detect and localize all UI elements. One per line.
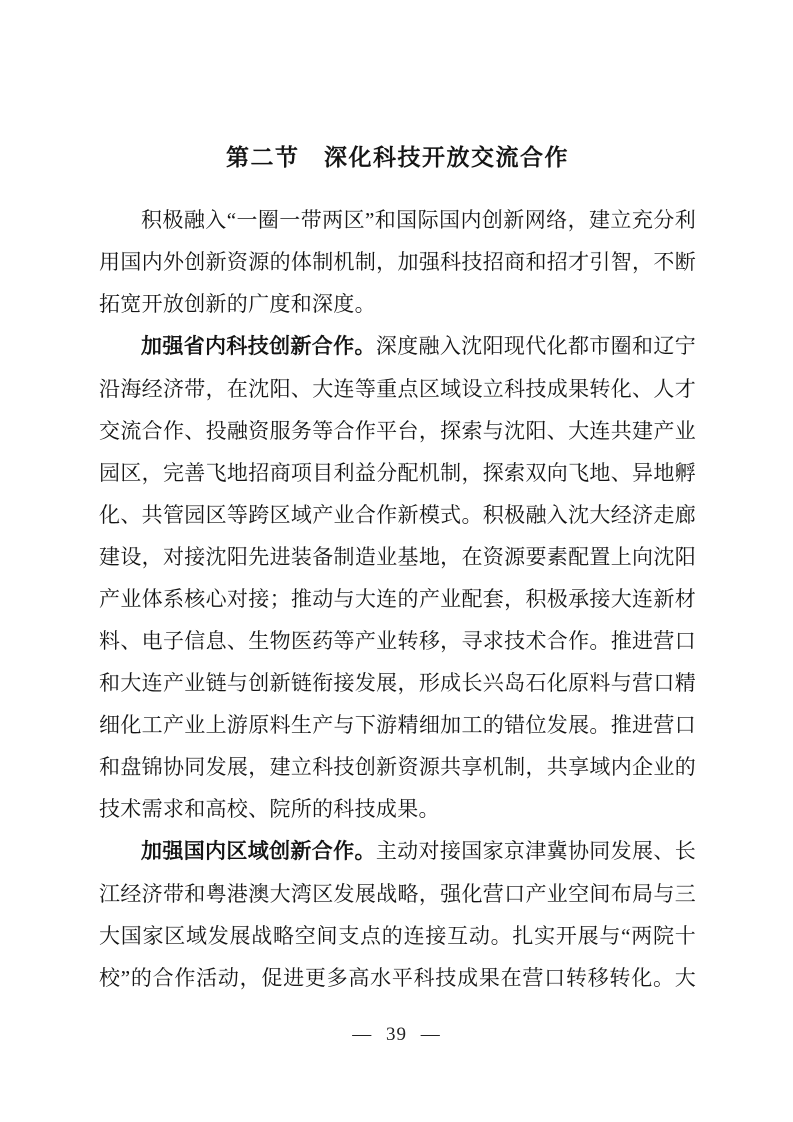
paragraph-intro-text: 积极融入“一圈一带两区”和国际国内创新网络，建立充分利用国内外创新资源的体制机制… — [99, 208, 696, 316]
paragraph-province-cooperation: 加强省内科技创新合作。深度融入沈阳现代化都市圈和辽宁沿海经济带，在沈阳、大连等重… — [99, 325, 696, 830]
page-content: 第二节 深化科技开放交流合作 积极融入“一圈一带两区”和国际国内创新网络，建立充… — [99, 141, 696, 999]
paragraph-domestic-lead: 加强国内区域创新合作。 — [141, 840, 376, 863]
document-page: 第二节 深化科技开放交流合作 积极融入“一圈一带两区”和国际国内创新网络，建立充… — [0, 0, 793, 1122]
paragraph-province-text: 深度融入沈阳现代化都市圈和辽宁沿海经济带，在沈阳、大连等重点区域设立科技成果转化… — [99, 334, 696, 821]
paragraph-province-lead: 加强省内科技创新合作。 — [141, 335, 376, 358]
page-footer: — 39 — — [0, 1022, 793, 1048]
paragraph-intro: 积极融入“一圈一带两区”和国际国内创新网络，建立充分利用国内外创新资源的体制机制… — [99, 199, 696, 325]
page-number: — 39 — — [352, 1024, 441, 1045]
section-title: 第二节 深化科技开放交流合作 — [99, 141, 696, 174]
paragraph-domestic-cooperation: 加强国内区域创新合作。主动对接国家京津冀协同发展、长江经济带和粤港澳大湾区发展战… — [99, 830, 696, 999]
